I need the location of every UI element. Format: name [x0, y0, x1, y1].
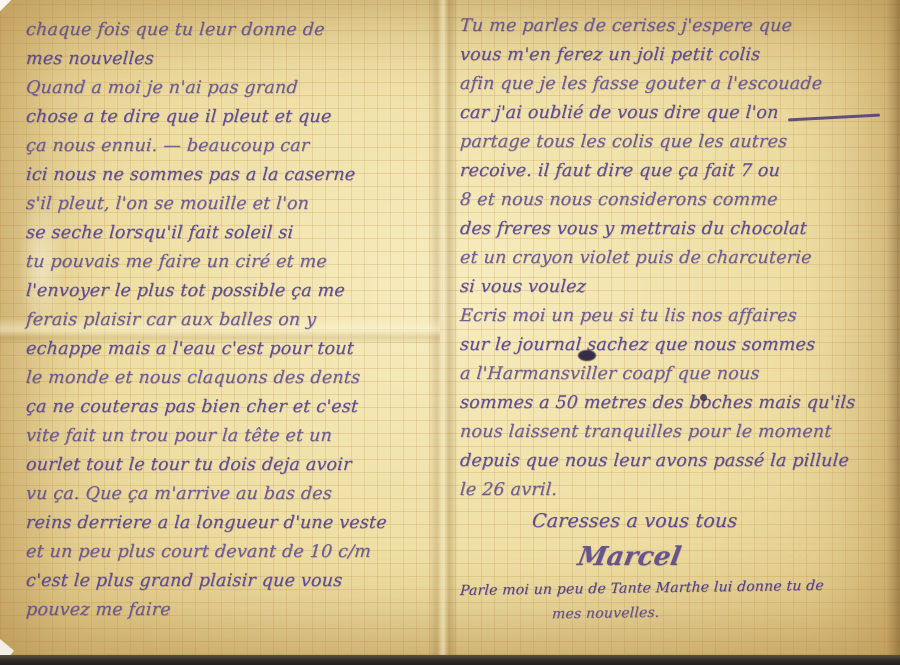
handwritten-line: le monde et nous claquons des dents — [25, 364, 441, 393]
handwritten-line: Quand a moi je n'ai pas grand — [25, 74, 441, 103]
handwritten-line: l'envoyer le plus tot possible ça me — [25, 277, 441, 306]
postscript-line: mes nouvelles. — [551, 598, 892, 627]
handwritten-line: partage tous les colis que les autres — [459, 128, 893, 157]
handwritten-line: sur le journal sachez que nous sommes — [459, 331, 893, 360]
handwritten-line: mes nouvelles — [25, 45, 441, 74]
letter-page-right: Tu me parles de cerises j'espere que vou… — [460, 12, 892, 624]
ink-blot — [578, 350, 596, 361]
handwritten-line: tu pouvais me faire un ciré et me — [25, 248, 441, 277]
handwritten-line: echappe mais a l'eau c'est pour tout — [25, 335, 441, 364]
handwritten-line: 8 et nous nous considerons comme — [459, 186, 893, 215]
handwritten-line: ça ne couteras pas bien cher et c'est — [25, 393, 441, 422]
handwritten-line: a l'Harmansviller coapf que nous — [459, 360, 893, 389]
handwritten-line: ici nous ne sommes pas a la caserne — [25, 161, 441, 190]
handwritten-line: sommes a 50 metres des boches mais qu'il… — [459, 389, 893, 418]
handwritten-line: nous laissent tranquilles pour le moment — [459, 418, 893, 447]
letter-scan: chaque fois que tu leur donne de mes nou… — [0, 0, 900, 665]
handwritten-line: depuis que nous leur avons passé la pill… — [459, 447, 893, 476]
scanner-background-strip — [0, 655, 900, 665]
letter-signature: Marcel — [575, 538, 896, 576]
handwritten-line: Ecris moi un peu si tu lis nos affaires — [459, 302, 893, 331]
handwritten-line: et un crayon violet puis de charcuterie — [459, 244, 893, 273]
handwritten-line: ça nous ennui. — beaucoup car — [25, 132, 441, 161]
handwritten-line: chose a te dire que il pleut et que — [25, 103, 441, 132]
handwritten-line: car j'ai oublié de vous dire que l'on — [459, 99, 893, 128]
handwritten-line: c'est le plus grand plaisir que vous — [25, 567, 441, 596]
letter-closing: Caresses a vous tous — [531, 505, 893, 538]
handwritten-line: pouvez me faire — [25, 596, 441, 625]
handwritten-line: ourlet tout le tour tu dois deja avoir — [25, 451, 441, 480]
handwritten-line: vous m'en ferez un joli petit colis — [459, 41, 893, 70]
handwritten-line: le 26 avril. — [459, 476, 893, 505]
handwritten-line: s'il pleut, l'on se mouille et l'on — [25, 190, 441, 219]
ink-speck — [700, 394, 707, 401]
handwritten-line: et un peu plus court devant de 10 c/m — [25, 538, 441, 567]
handwritten-line: se seche lorsqu'il fait soleil si — [25, 219, 441, 248]
letter-page-left: chaque fois que tu leur donne de mes nou… — [26, 16, 440, 625]
handwritten-line: des freres vous y mettrais du chocolat — [459, 215, 893, 244]
handwritten-line: ferais plaisir car aux balles on y — [25, 306, 441, 335]
handwritten-line: vite fait un trou pour la tête et un — [25, 422, 441, 451]
handwritten-line: reins derriere a la longueur d'une veste — [25, 509, 441, 538]
handwritten-line: si vous voulez — [459, 273, 893, 302]
handwritten-line: chaque fois que tu leur donne de — [25, 16, 441, 45]
handwritten-line: vu ça. Que ça m'arrive au bas des — [25, 480, 441, 509]
handwritten-line: recoive. il faut dire que ça fait 7 ou — [459, 157, 893, 186]
handwritten-line: afin que je les fasse gouter a l'escouad… — [459, 70, 893, 99]
handwritten-line: Tu me parles de cerises j'espere que — [459, 12, 893, 41]
